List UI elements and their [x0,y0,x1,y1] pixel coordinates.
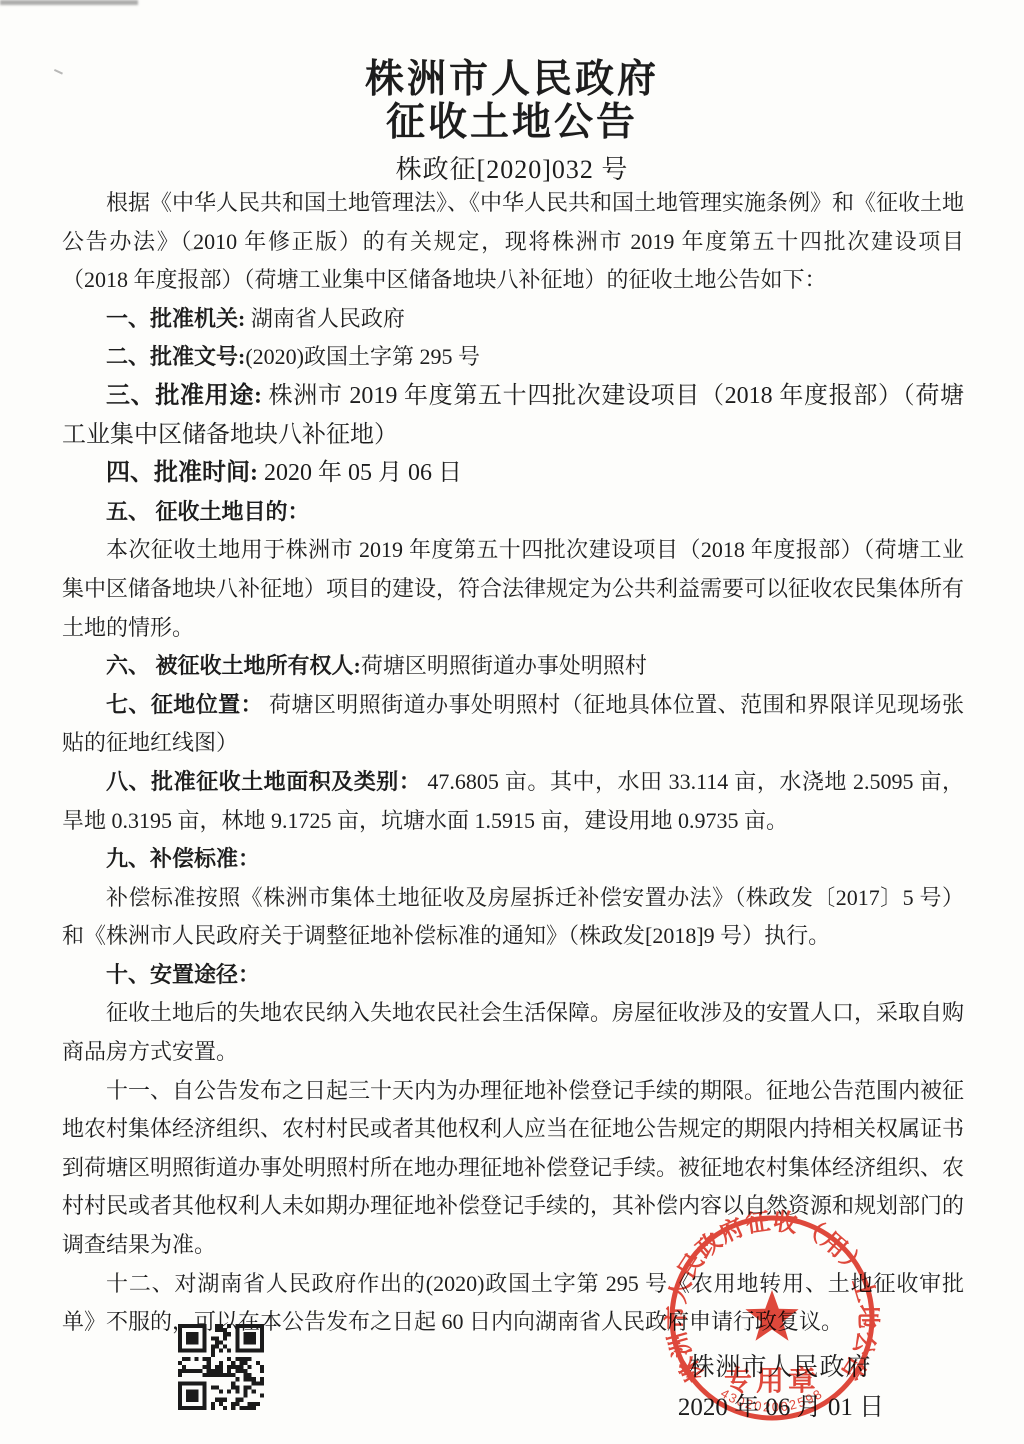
paragraph-text: 2020 年 05 月 06 日 [258,460,462,486]
paragraph-label: 四、批准时间: [106,460,258,486]
scanned-document-page: 株洲市人民政府 征收土地公告 株政征[2020]032 号 根据《中华人民共和国… [0,0,1024,1444]
paragraph-text: 荷塘区明照街道办事处明照村 [361,653,647,678]
paragraph-label: 八、批准征收土地面积及类别： [106,769,421,794]
paragraph: 二、批准文号:(2020)政国土字第 295 号 [62,338,964,377]
paragraph-text: 征收土地后的失地农民纳入失地农民社会生活保障。房屋征收涉及的安置人口，采取自购商… [62,1000,964,1064]
paragraph-label: 六、 被征收土地所有权人: [106,653,361,678]
paragraph-label: 一、批准机关: [106,306,245,331]
paragraph-text: 湖南省人民政府 [245,306,405,331]
paragraph: 七、征地位置： 荷塘区明照街道办事处明照村（征地具体位置、范围和界限详见现场张贴… [62,686,964,763]
paragraph-text: (2020)政国土字第 295 号 [245,344,480,369]
paragraph: 九、补偿标准： [62,840,964,879]
paragraph-label: 二、批准文号: [106,344,245,369]
qr-code [178,1324,264,1410]
seal-star [745,1290,798,1341]
seal-center-label: 专用章 [724,1364,820,1397]
document-number: 株政征[2020]032 号 [0,149,1024,186]
paragraph-text: 根据《中华人民共和国土地管理法》、《中华人民共和国土地管理实施条例》和《征收土地… [62,190,964,292]
paragraph: 六、 被征收土地所有权人:荷塘区明照街道办事处明照村 [62,647,964,686]
paragraph: 本次征收土地用于株洲市 2019 年度第五十四批次建设项目（2018 年度报部）… [62,531,964,647]
document-body: 根据《中华人民共和国土地管理法》、《中华人民共和国土地管理实施条例》和《征收土地… [62,184,964,1342]
document-title: 征收土地公告 [0,101,1024,144]
paragraph: 根据《中华人民共和国土地管理法》、《中华人民共和国土地管理实施条例》和《征收土地… [62,184,964,300]
paragraph-label: 九、补偿标准： [106,846,260,871]
official-red-seal: 株洲市人民政府征收（用）土地公告 专用章 430202002598 [660,1206,884,1430]
scan-edge-artifact [0,0,138,5]
paragraph: 一、批准机关: 湖南省人民政府 [62,300,964,339]
paragraph-text: 本次征收土地用于株洲市 2019 年度第五十四批次建设项目（2018 年度报部）… [62,537,964,639]
paragraph: 五、 征收土地目的： [62,493,964,532]
issuer-title: 株洲市人民政府 [0,58,1024,101]
paragraph-label: 七、征地位置： [106,692,263,717]
paragraph-text: 补偿标准按照《株洲市集体土地征收及房屋拆迁补偿安置办法》（株政发〔2017〕5 … [62,885,964,949]
paragraph: 八、批准征收土地面积及类别： 47.6805 亩。其中，水田 33.114 亩，… [62,763,964,840]
paragraph: 补偿标准按照《株洲市集体土地征收及房屋拆迁补偿安置办法》（株政发〔2017〕5 … [62,879,964,956]
paragraph-label: 五、 征收土地目的： [106,499,310,524]
paragraph-label: 三、批准用途: [106,383,262,409]
paragraph-label: 十、安置途径： [106,962,260,987]
paragraph: 十、安置途径： [62,956,964,995]
document-header: 株洲市人民政府 征收土地公告 株政征[2020]032 号 [0,58,1024,186]
paragraph: 四、批准时间: 2020 年 05 月 06 日 [62,454,964,493]
paragraph: 征收土地后的失地农民纳入失地农民社会生活保障。房屋征收涉及的安置人口，采取自购商… [62,994,964,1071]
paragraph: 三、批准用途: 株洲市 2019 年度第五十四批次建设项目（2018 年度报部）… [62,377,964,454]
